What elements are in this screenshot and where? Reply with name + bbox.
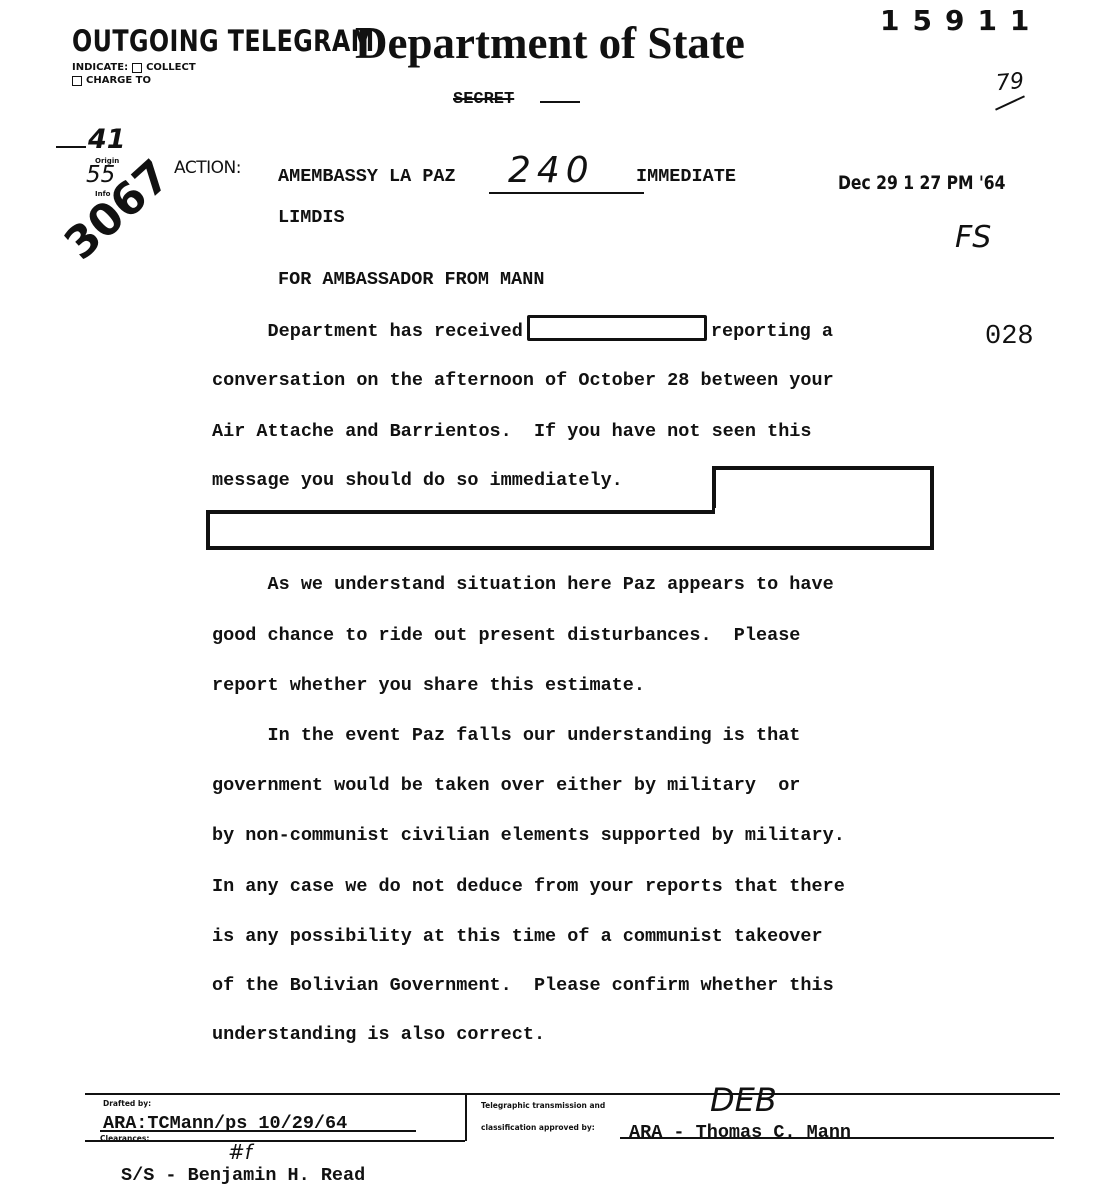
approved-by: ARA - Thomas C. Mann <box>629 1122 851 1143</box>
handwritten-tick-mark <box>995 95 1025 110</box>
drafted-by-label: Drafted by: <box>103 1099 151 1108</box>
approval-label-2: classification approved by: <box>481 1123 595 1132</box>
footer-divider <box>465 1093 467 1141</box>
clearance-initials: #f <box>228 1140 252 1164</box>
telegram-number-underline <box>489 192 644 194</box>
body-line: by non-communist civilian elements suppo… <box>212 825 845 846</box>
for-line: FOR AMBASSADOR FROM MANN <box>278 269 544 290</box>
indicate-label: INDICATE: <box>72 62 128 73</box>
handwritten-initials: FS <box>955 220 991 255</box>
charge-to-label: CHARGE TO <box>86 75 151 86</box>
handwritten-page-number: 79 <box>995 69 1025 96</box>
body-line: In any case we do not deduce from your r… <box>212 876 845 897</box>
body-line: Air Attache and Barrientos. If you have … <box>212 421 812 442</box>
distribution-caption: LIMDIS <box>278 207 345 228</box>
body-line: government would be taken over either by… <box>212 775 800 796</box>
drafted-strike <box>100 1130 416 1132</box>
classification-strike-dash <box>540 101 580 103</box>
origin-dash <box>56 146 86 148</box>
body-line: Department has receivedreporting a <box>212 318 833 344</box>
precedence: IMMEDIATE <box>636 166 736 187</box>
body-line: message you should do so immediately. <box>212 470 623 491</box>
approved-strike <box>620 1137 1054 1139</box>
action-label: ACTION: <box>174 158 241 178</box>
body-line: good chance to ride out present disturba… <box>212 625 800 646</box>
body-line: understanding is also correct. <box>212 1024 545 1045</box>
body-line: conversation on the afternoon of October… <box>212 370 834 391</box>
indicate-options: INDICATE: COLLECT CHARGE TO <box>72 61 196 87</box>
redaction-block-lower <box>206 510 934 550</box>
classification-marking: SECRET <box>453 90 514 109</box>
origin-number: 41 <box>88 124 126 155</box>
body-line: report whether you share this estimate. <box>212 675 645 696</box>
body-line: In the event Paz falls our understanding… <box>212 725 800 746</box>
charge-to-checkbox[interactable] <box>72 76 82 86</box>
paragraph-3: In the event Paz falls our understanding… <box>212 725 972 1055</box>
body-line: is any possibility at this time of a com… <box>212 926 823 947</box>
received-stamp: Dec 29 1 27 PM '64 <box>838 172 1005 194</box>
clearance-entry: S/S - Benjamin H. Read <box>121 1165 365 1186</box>
approval-label-1: Telegraphic transmission and <box>481 1101 605 1110</box>
addressee: AMEMBASSY LA PAZ <box>278 166 456 187</box>
body-line: of the Bolivian Government. Please confi… <box>212 975 834 996</box>
body-line: As we understand situation here Paz appe… <box>212 574 834 595</box>
redaction-joiner <box>715 508 930 516</box>
agency-name: Department of State <box>355 17 745 69</box>
telegram-number: 240 <box>508 150 595 191</box>
redaction-box <box>527 315 707 341</box>
collect-label: COLLECT <box>146 62 196 73</box>
handwritten-file-number: 3067 <box>55 150 180 270</box>
serial-number: 15911 <box>880 4 1042 37</box>
paragraph-2: As we understand situation here Paz appe… <box>212 574 972 704</box>
form-title: OUTGOING TELEGRAM <box>72 24 375 58</box>
clearances-label: Clearances: <box>100 1134 149 1143</box>
approver-initials: DEB <box>710 1081 777 1119</box>
footer-top-rule <box>85 1093 1060 1095</box>
reference-number: 028 <box>985 322 1034 352</box>
collect-checkbox[interactable] <box>132 63 142 73</box>
